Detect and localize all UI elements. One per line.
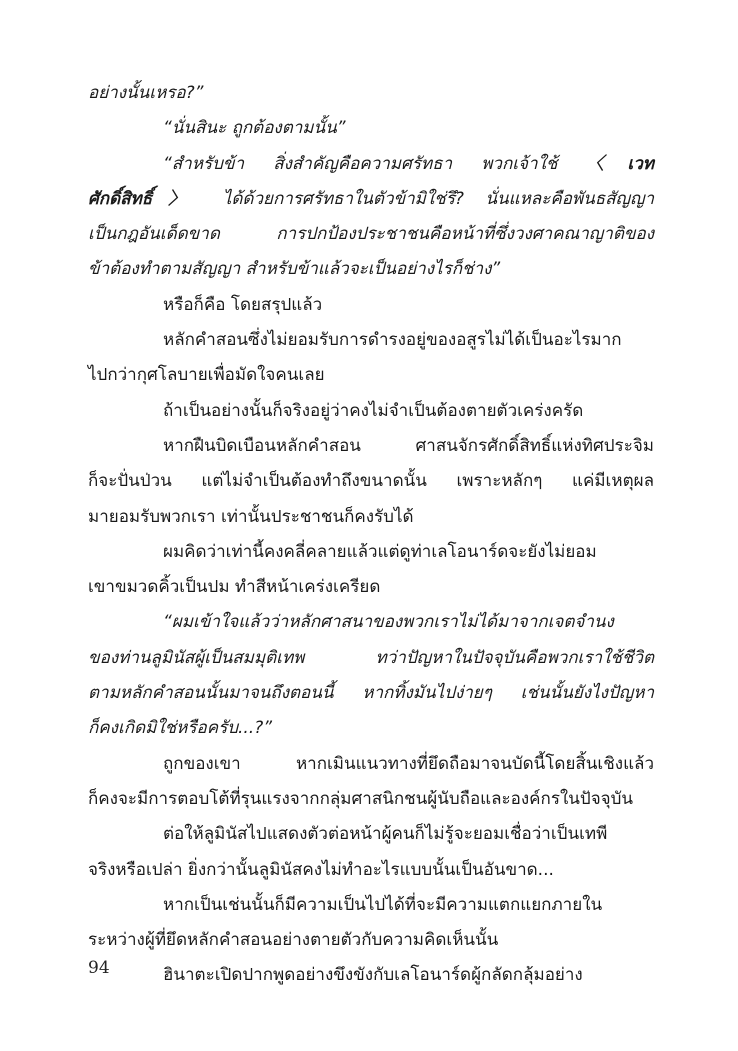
- text-line: หรือก็คือ โดยสรุปแล้ว: [88, 288, 654, 323]
- text-line: “สำหรับข้า สิ่งสำคัญคือความศรัทธา พวกเจ้…: [88, 147, 654, 182]
- text-line: ผมคิดว่าเท่านี้คงคลี่คลายแล้วแต่ดูท่าเลโ…: [88, 535, 654, 570]
- text-line: หากเป็นเช่นนั้นก็มีความเป็นไปได้ที่จะมีค…: [88, 888, 654, 923]
- text-line: ตามหลักคำสอนนั้นมาจนถึงตอนนี้ หากทิ้งมัน…: [88, 676, 654, 711]
- text-line: ก็คงเกิดมิใช่หรือครับ...?”: [88, 711, 654, 746]
- text-line: หากฝืนบิดเบือนหลักคำสอน ศาสนจักรศักดิ์สิ…: [88, 429, 654, 464]
- text-line: ก็คงจะมีการตอบโต้ที่รุนแรงจากกลุ่มศาสนิก…: [88, 782, 654, 817]
- text-line: ไปกว่ากุศโลบายเพื่อมัดใจคนเลย: [88, 358, 654, 393]
- book-page-text: อย่างนั้นเหรอ?” “นั่นสินะ ถูกต้องตามนั้น…: [88, 76, 654, 994]
- text-line: ศักดิ์สิทธิ์〉 ได้ด้วยการศรัทธาในตัวข้ามิ…: [88, 182, 654, 217]
- text-line: เป็นกฎอันเด็ดขาด การปกป้องประชาชนคือหน้า…: [88, 217, 654, 252]
- text-line: ต่อให้ลูมินัสไปแสดงตัวต่อหน้าผู้คนก็ไม่ร…: [88, 817, 654, 852]
- text-line: ฮินาตะเปิดปากพูดอย่างขึงขังกับเลโอนาร์ดผ…: [88, 958, 654, 993]
- text-line: มายอมรับพวกเรา เท่านั้นประชาชนก็คงรับได้: [88, 500, 654, 535]
- text-line: ก็จะปั่นป่วน แต่ไม่จำเป็นต้องทำถึงขนาดนั…: [88, 464, 654, 499]
- text-line: ของท่านลูมินัสผู้เป็นสมมุติเทพ ทว่าปัญหา…: [88, 641, 654, 676]
- text-span: ได้ด้วยการศรัทธาในตัวข้ามิใช่รึ? นั่นแหล…: [201, 189, 654, 209]
- text-line: หลักคำสอนซึ่งไม่ยอมรับการดำรงอยู่ของอสูร…: [88, 323, 654, 358]
- text-line: “นั่นสินะ ถูกต้องตามนั้น”: [88, 111, 654, 146]
- text-line: ถูกของเขา หากเมินแนวทางที่ยึดถือมาจนบัดน…: [88, 747, 654, 782]
- text-line: ข้าต้องทำตามสัญญา สำหรับข้าแล้วจะเป็นอย่…: [88, 252, 654, 287]
- page-number: 94: [88, 958, 110, 978]
- text-line: ถ้าเป็นอย่างนั้นก็จริงอยู่ว่าคงไม่จำเป็น…: [88, 394, 654, 429]
- emphasized-term: ศักดิ์สิทธิ์〉: [88, 189, 201, 209]
- text-line: เขาขมวดคิ้วเป็นปม ทำสีหน้าเคร่งเครียด: [88, 570, 654, 605]
- emphasized-term: 〈เวท: [587, 154, 654, 174]
- text-line: อย่างนั้นเหรอ?”: [88, 76, 654, 111]
- text-line: ระหว่างผู้ที่ยึดหลักคำสอนอย่างตายตัวกับค…: [88, 923, 654, 958]
- text-span: “สำหรับข้า สิ่งสำคัญคือความศรัทธา พวกเจ้…: [163, 154, 587, 174]
- text-line: จริงหรือเปล่า ยิ่งกว่านั้นลูมินัสคงไม่ทำ…: [88, 853, 654, 888]
- text-line: “ผมเข้าใจแล้วว่าหลักศาสนาของพวกเราไม่ได้…: [88, 605, 654, 640]
